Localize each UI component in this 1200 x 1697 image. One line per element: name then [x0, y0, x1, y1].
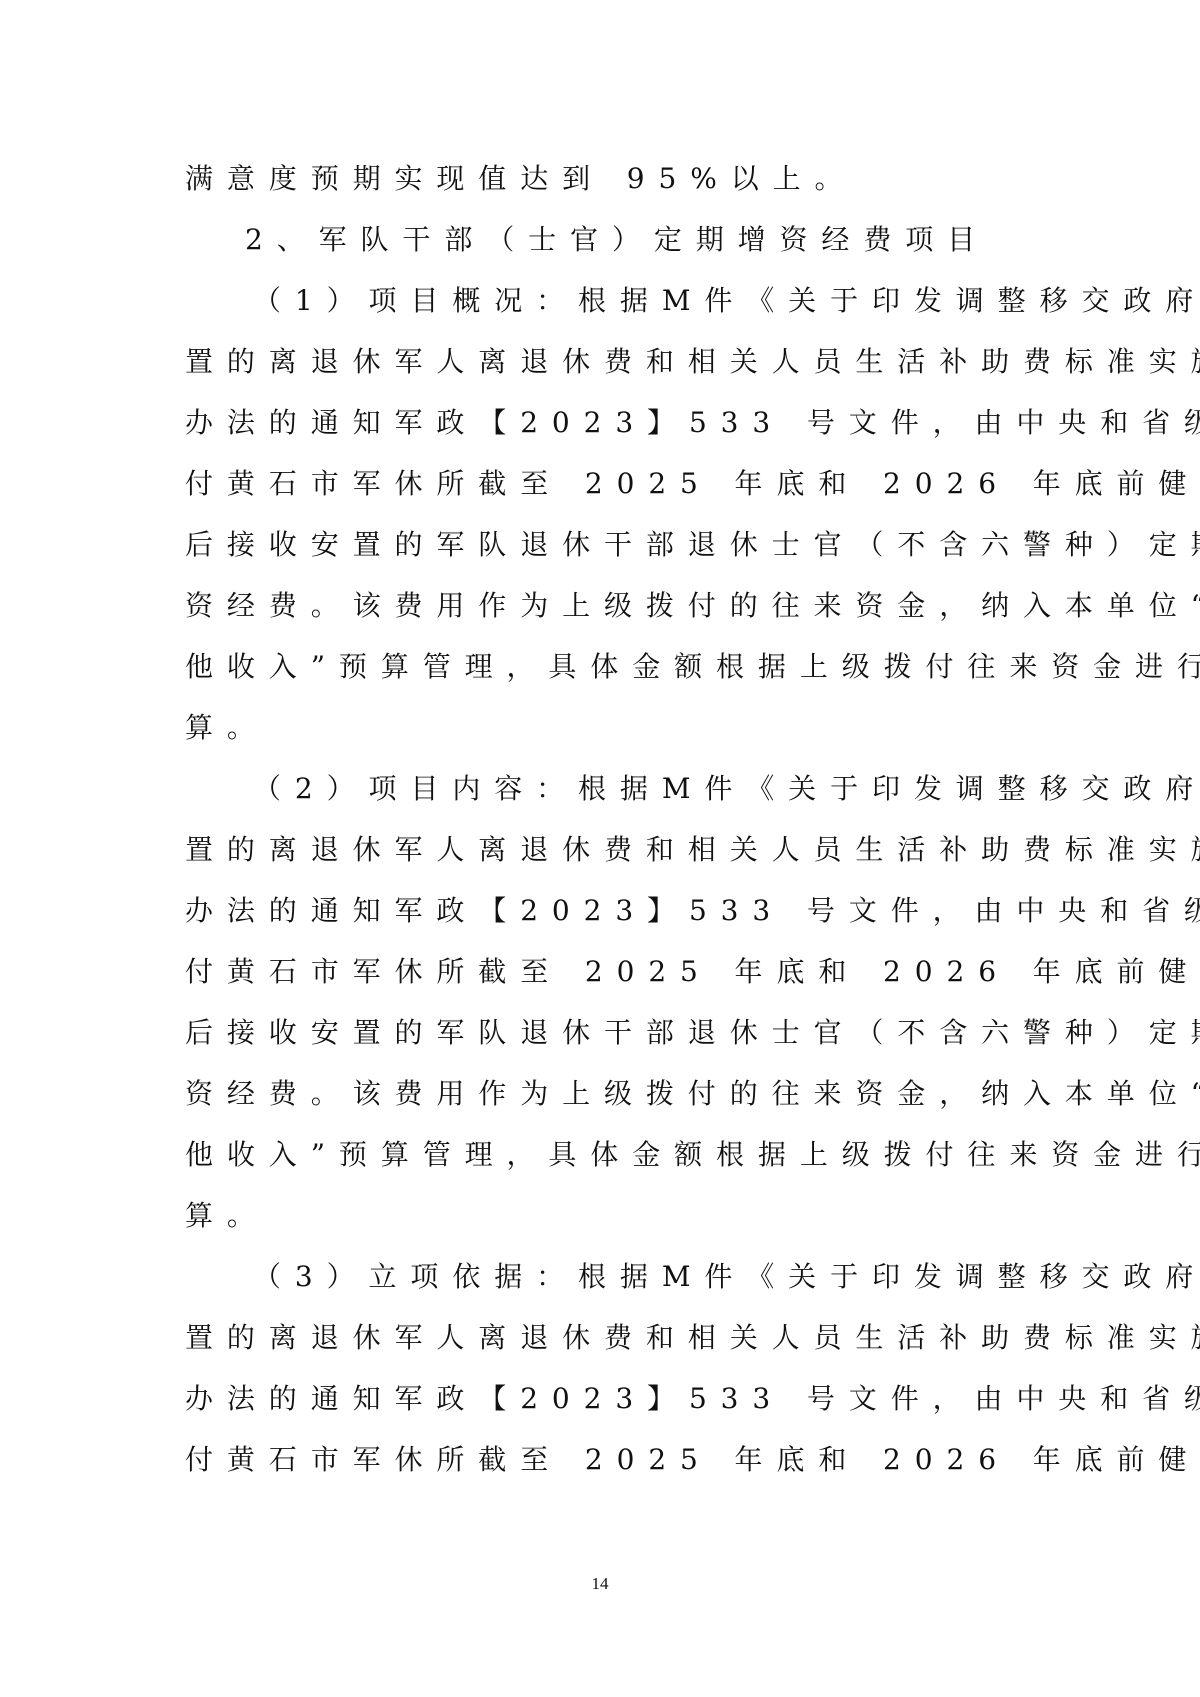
paragraph-line: （1）项目概况：根据M件《关于印发调整移交政府安 [185, 270, 1025, 331]
paragraph-line: 满意度预期实现值达到 95%以上。 [185, 148, 1025, 209]
paragraph-line: 后接收安置的军队退休干部退休士官（不含六警种）定期增 [185, 514, 1025, 575]
paragraph-line: 办法的通知军政【2023】533 号文件，由中央和省级直接拨 [185, 1368, 1025, 1429]
paragraph-line: 他收入”预算管理，具体金额根据上级拨付往来资金进行核 [185, 636, 1025, 697]
paragraph-line: 资经费。该费用作为上级拨付的往来资金，纳入本单位“其 [185, 1063, 1025, 1124]
paragraph-line: 算。 [185, 697, 1025, 758]
section-heading: 2、军队干部（士官）定期增资经费项目 [185, 209, 1025, 270]
paragraph-line: （3）立项依据：根据M件《关于印发调整移交政府安 [185, 1246, 1025, 1307]
paragraph-line: 他收入”预算管理，具体金额根据上级拨付往来资金进行核 [185, 1124, 1025, 1185]
paragraph-line: 办法的通知军政【2023】533 号文件，由中央和省级直接拨 [185, 880, 1025, 941]
paragraph-line: 置的离退休军人离退休费和相关人员生活补助费标准实施 [185, 819, 1025, 880]
paragraph-line: 办法的通知军政【2023】533 号文件，由中央和省级直接拨 [185, 392, 1025, 453]
paragraph-line: 付黄石市军休所截至 2025 年底和 2026 年底前健在、1984 年 [185, 453, 1025, 514]
paragraph-line: （2）项目内容：根据M件《关于印发调整移交政府安 [185, 758, 1025, 819]
paragraph-line: 付黄石市军休所截至 2025 年底和 2026 年底前健在、1984 年 [185, 941, 1025, 1002]
paragraph-line: 置的离退休军人离退休费和相关人员生活补助费标准实施 [185, 1307, 1025, 1368]
paragraph-line: 付黄石市军休所截至 2025 年底和 2026 年底前健在、1984 年 [185, 1429, 1025, 1490]
document-body: 满意度预期实现值达到 95%以上。 2、军队干部（士官）定期增资经费项目 （1）… [185, 148, 1025, 1490]
paragraph-line: 后接收安置的军队退休干部退休士官（不含六警种）定期增 [185, 1002, 1025, 1063]
page-number: 14 [0, 1574, 1200, 1594]
paragraph-line: 算。 [185, 1185, 1025, 1246]
paragraph-line: 资经费。该费用作为上级拨付的往来资金，纳入本单位“其 [185, 575, 1025, 636]
paragraph-line: 置的离退休军人离退休费和相关人员生活补助费标准实施 [185, 331, 1025, 392]
